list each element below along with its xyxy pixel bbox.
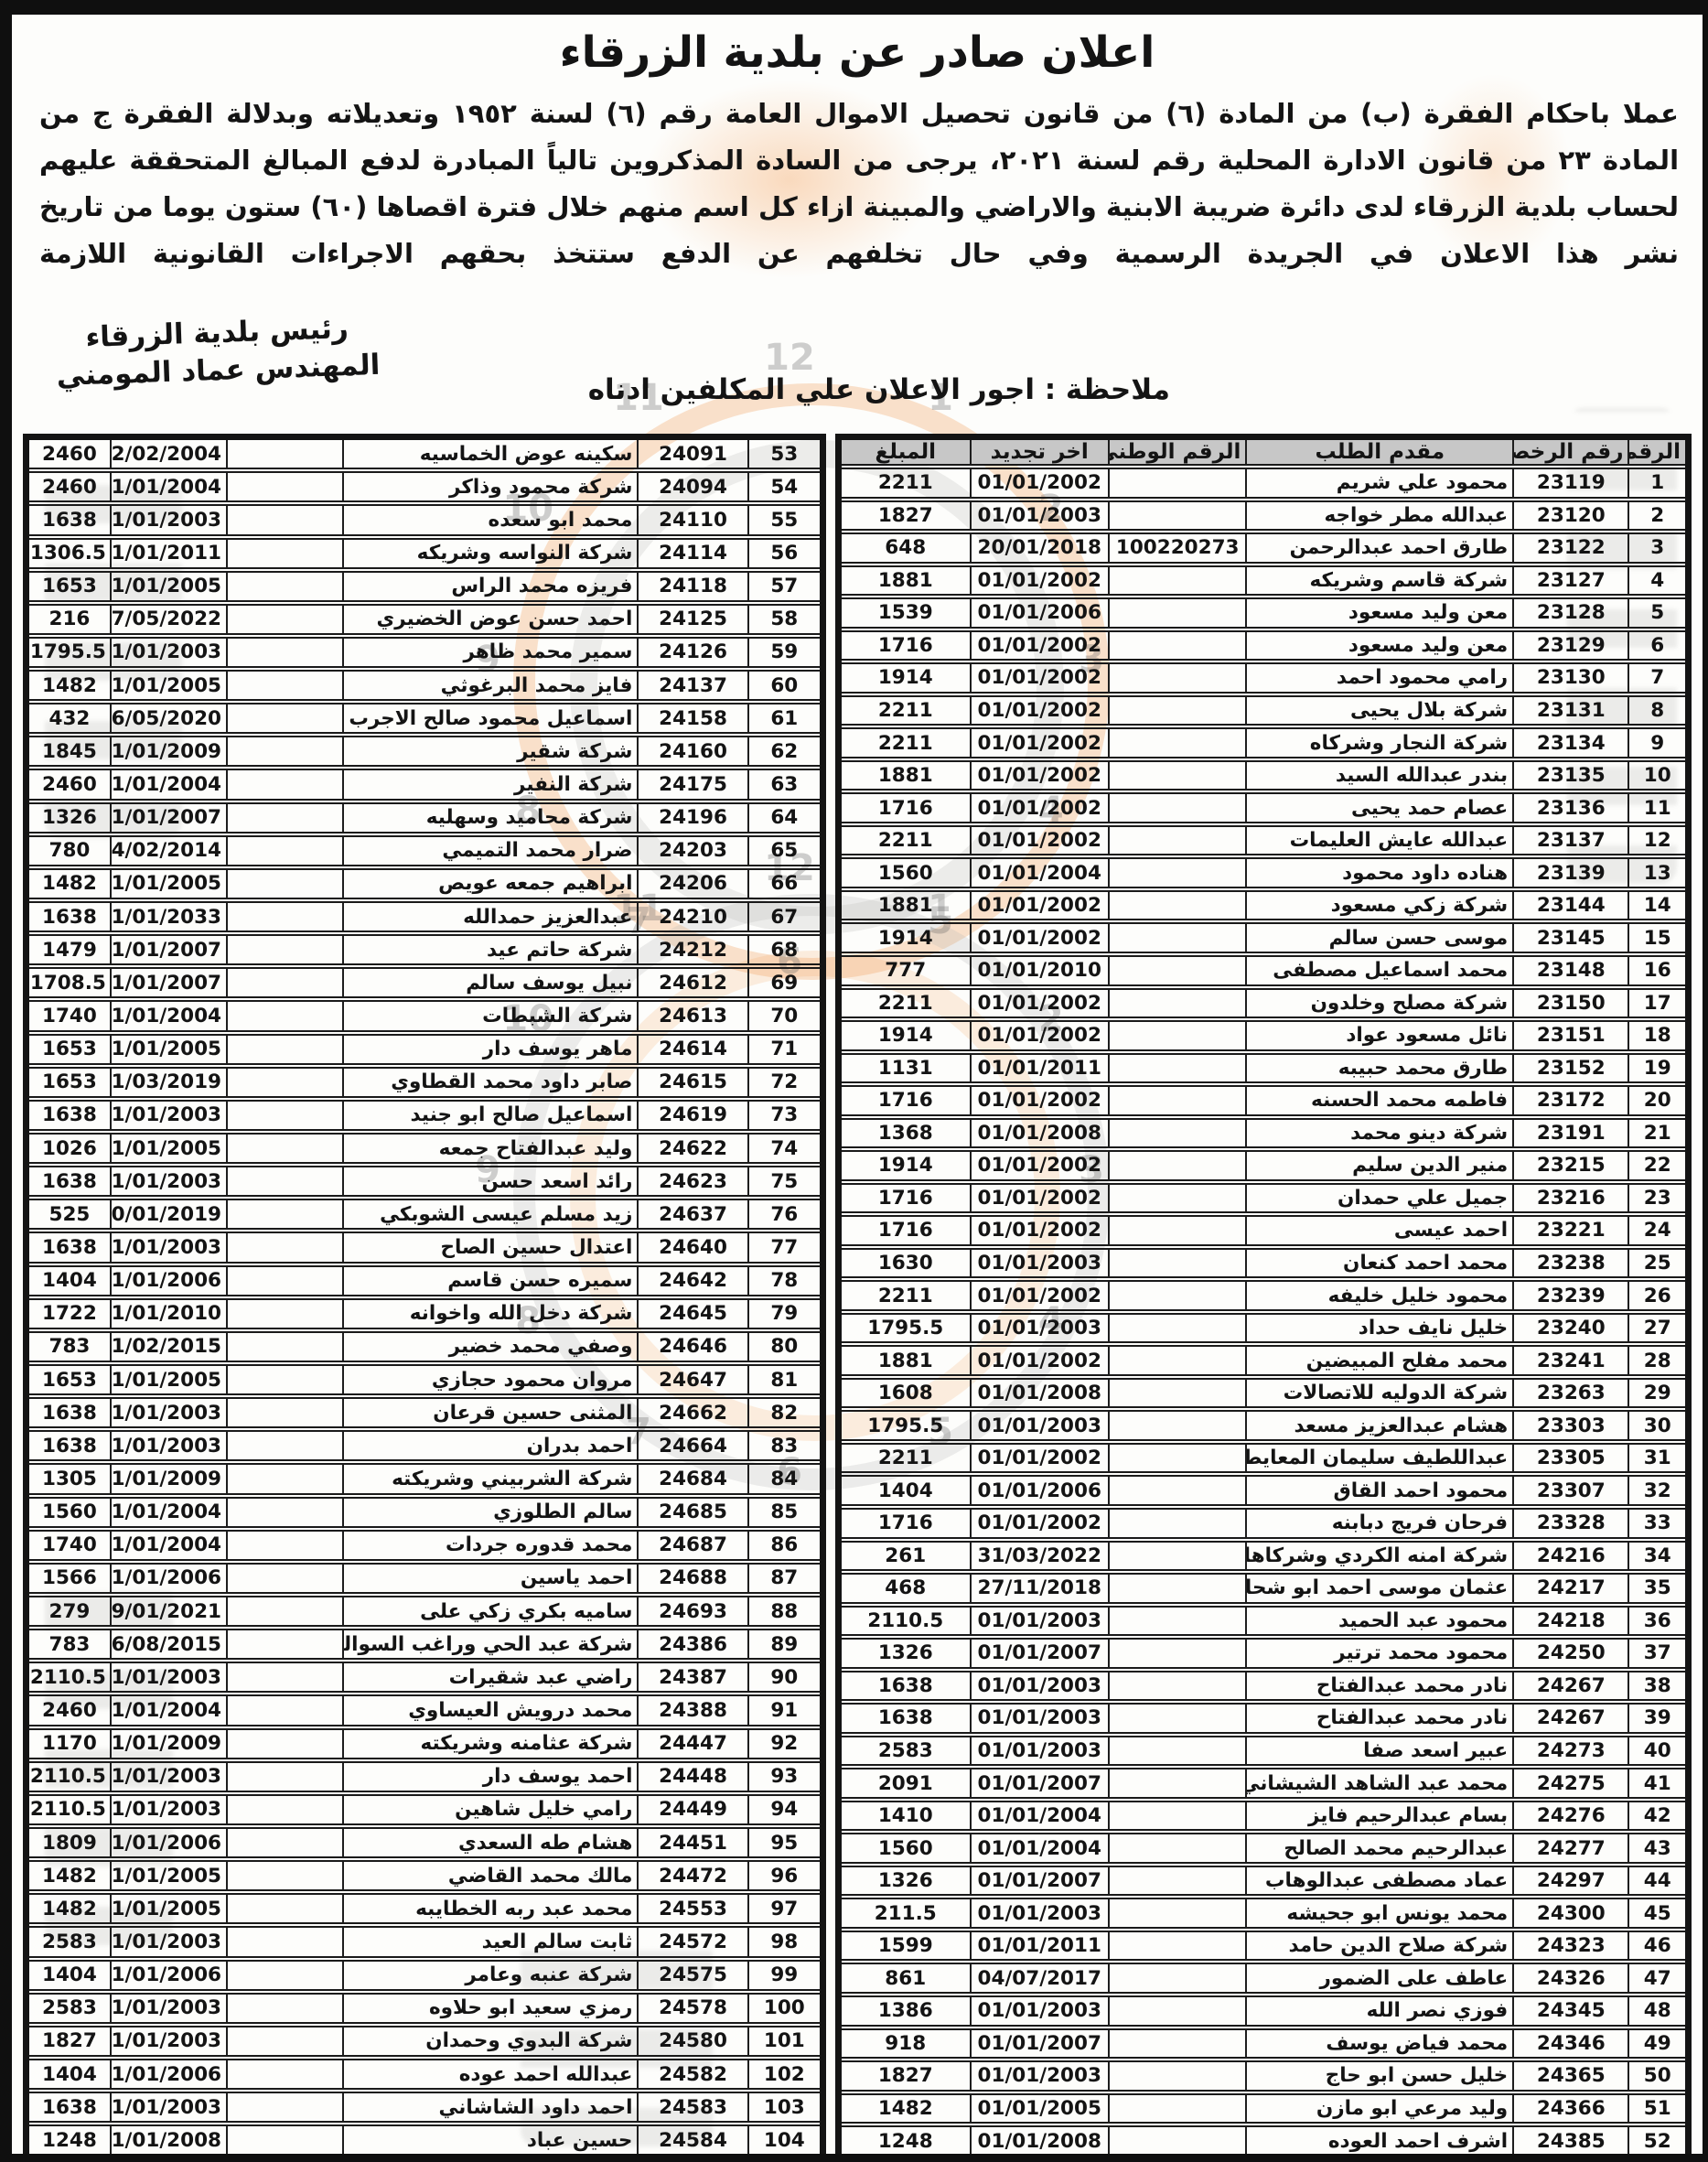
cell-applicant: عصام حمد يحيى — [1246, 791, 1513, 824]
cell-amount: 1653 — [27, 1066, 111, 1099]
cell-renewal: 01/01/2003 — [971, 1735, 1109, 1768]
cell-applicant: عبدالله احمد عوده — [343, 2058, 638, 2091]
cell-serial: 82 — [748, 1396, 823, 1429]
cell-applicant: محمد مفلح المبيضين — [1246, 1344, 1513, 1377]
cell-license: 24094 — [638, 470, 747, 503]
cell-renewal: 01/01/2002 — [971, 467, 1109, 500]
cell-license: 23145 — [1513, 921, 1628, 954]
table-row: 9324448احمد يوسف دار01/01/20032110.5 — [27, 1760, 823, 1793]
cell-national-id — [227, 1462, 343, 1495]
cell-national-id — [1109, 1214, 1247, 1247]
cell-renewal: 01/01/2007 — [111, 933, 227, 966]
cell-amount: 1326 — [27, 801, 111, 834]
cell-amount: 2091 — [838, 1767, 970, 1800]
cell-serial: 79 — [748, 1297, 823, 1330]
cell-amount: 468 — [838, 1572, 970, 1605]
cell-amount: 1248 — [27, 2124, 111, 2157]
cell-license: 24580 — [638, 2025, 747, 2058]
cell-amount: 1716 — [838, 791, 970, 824]
table-row: 2323216جميل علي حمدان01/01/20021716 — [838, 1182, 1688, 1215]
cell-national-id — [1109, 1474, 1247, 1507]
cell-amount: 1026 — [27, 1132, 111, 1165]
cell-amount: 2211 — [838, 726, 970, 759]
cell-applicant: سمير محمد ظاهر — [343, 636, 638, 669]
table-row: 1923152طارق محمد حبيبه01/01/20111131 — [838, 1052, 1688, 1085]
cell-national-id — [227, 2124, 343, 2157]
cell-applicant: نادر محمد عبدالفتاح — [1246, 1670, 1513, 1703]
cell-license: 24572 — [638, 1925, 747, 1958]
cell-applicant: محمد احمد كنعان — [1246, 1247, 1513, 1280]
table-row: 6624206ابراهيم جمعه عويص01/01/20051482 — [27, 867, 823, 900]
cell-renewal: 01/01/2003 — [111, 1661, 227, 1694]
cell-serial: 100 — [748, 1992, 823, 2025]
cell-license: 24125 — [638, 603, 747, 636]
cell-renewal: 01/01/2004 — [111, 470, 227, 503]
cell-renewal: 01/01/2002 — [971, 1149, 1109, 1182]
cell-national-id — [1109, 726, 1247, 759]
cell-applicant: وليد عبدالفتاح جمعه — [343, 1132, 638, 1165]
cell-national-id — [1109, 1377, 1247, 1410]
cell-serial: 44 — [1628, 1865, 1688, 1898]
table-row: 6424196شركة محاميد وسهليه01/01/20071326 — [27, 801, 823, 834]
cell-serial: 30 — [1628, 1409, 1688, 1442]
cell-national-id — [227, 2025, 343, 2058]
table-row: 8424684شركة الشربيني وشريكته01/01/200913… — [27, 1462, 823, 1495]
cell-amount: 1653 — [27, 570, 111, 603]
table-row: 2523238محمد احمد كنعان01/01/20031630 — [838, 1247, 1688, 1280]
cell-national-id — [1109, 1540, 1247, 1573]
cell-amount: 2211 — [838, 1442, 970, 1475]
table-row: 7024613شركة الشبطات01/01/20041740 — [27, 999, 823, 1032]
table-row: 5724118فريزه محمد الراس01/01/20051653 — [27, 570, 823, 603]
cell-serial: 47 — [1628, 1962, 1688, 1995]
cell-serial: 1 — [1628, 467, 1688, 500]
table-row: 7624637زيد مسلم عيسى الشوبكي30/01/201952… — [27, 1198, 823, 1231]
cell-serial: 59 — [748, 636, 823, 669]
cell-serial: 20 — [1628, 1084, 1688, 1117]
cell-serial: 78 — [748, 1264, 823, 1297]
cell-national-id — [227, 1595, 343, 1628]
cell-applicant: سالم الطلوزي — [343, 1496, 638, 1529]
cell-serial: 86 — [748, 1529, 823, 1562]
cell-amount: 783 — [27, 1628, 111, 1661]
cell-applicant: رامي محمود احمد — [1246, 662, 1513, 694]
table-row: 2223215منير الدين سليم01/01/20021914 — [838, 1149, 1688, 1182]
cell-serial: 37 — [1628, 1637, 1688, 1670]
cell-applicant: محمد عبد ربه الخطايبه — [343, 1892, 638, 1925]
announcement-body: عملا باحكام الفقرة (ب) من المادة (٦) من … — [12, 78, 1703, 277]
cell-applicant: محمود علي شريم — [1246, 467, 1513, 500]
table-row: 7224615صابر داود محمد القطاوي31/03/20191… — [27, 1066, 823, 1099]
cell-serial: 96 — [748, 1859, 823, 1892]
cell-national-id — [227, 1396, 343, 1429]
cell-serial: 54 — [748, 470, 823, 503]
cell-amount: 2211 — [838, 987, 970, 1020]
cell-national-id — [1109, 1409, 1247, 1442]
page: 123456789101112123456789101112 اعلان صاد… — [0, 0, 1708, 2162]
cell-applicant: شركة مصلح وخلدون — [1246, 987, 1513, 1020]
cell-national-id — [227, 437, 343, 471]
cell-amount: 1881 — [838, 1344, 970, 1377]
cell-serial: 92 — [748, 1727, 823, 1760]
cell-amount: 1404 — [27, 2058, 111, 2091]
table-row: 10424584حسين عباد01/01/20081248 — [27, 2124, 823, 2157]
cell-national-id — [1109, 2028, 1247, 2060]
cell-serial: 27 — [1628, 1312, 1688, 1345]
cell-national-id — [227, 1330, 343, 1363]
cell-renewal: 01/01/2004 — [971, 1800, 1109, 1833]
cell-renewal: 01/01/2007 — [111, 966, 227, 999]
cell-serial: 85 — [748, 1496, 823, 1529]
cell-serial: 45 — [1628, 1897, 1688, 1930]
cell-amount: 1404 — [838, 1474, 970, 1507]
cell-applicant: رائد اسعد حسن — [343, 1165, 638, 1198]
cell-license: 24685 — [638, 1496, 747, 1529]
table-row: 8524685سالم الطلوزي01/01/20041560 — [27, 1496, 823, 1529]
cell-serial: 97 — [748, 1892, 823, 1925]
cell-license: 24575 — [638, 1959, 747, 1992]
cell-renewal: 01/01/2002 — [971, 1214, 1109, 1247]
cell-license: 24323 — [1513, 1930, 1628, 1963]
cell-amount: 2110.5 — [838, 1605, 970, 1638]
cell-serial: 77 — [748, 1231, 823, 1264]
table-row: 5124366وليد مرعي ابو مازن01/01/20051482 — [838, 2092, 1688, 2125]
cell-renewal: 01/01/2004 — [111, 999, 227, 1032]
table-row: 1123136عصام حمد يحيى01/01/20021716 — [838, 791, 1688, 824]
cell-applicant: شركة صلاح الدين حامد — [1246, 1930, 1513, 1963]
cell-applicant: منير الدين سليم — [1246, 1149, 1513, 1182]
cell-amount: 1404 — [27, 1264, 111, 1297]
table-row: 3824267نادر محمد عبدالفتاح01/01/20031638 — [838, 1670, 1688, 1703]
cell-serial: 23 — [1628, 1182, 1688, 1215]
cell-renewal: 01/01/2009 — [111, 1727, 227, 1760]
cell-national-id — [1109, 565, 1247, 597]
cell-license: 23137 — [1513, 824, 1628, 857]
cell-license: 24640 — [638, 1231, 747, 1264]
cell-amount: 1248 — [838, 2124, 970, 2157]
cell-license: 24684 — [638, 1462, 747, 1495]
table-row: 3424216شركة امنه الكردي وشركاها31/03/202… — [838, 1540, 1688, 1573]
cell-amount: 279 — [27, 1595, 111, 1628]
table-row: 7524623رائد اسعد حسن01/01/20031638 — [27, 1165, 823, 1198]
table-row: 4424297عماد مصطفى عبدالوهاب01/01/2007132… — [838, 1865, 1688, 1898]
cell-renewal: 01/01/2008 — [111, 2124, 227, 2157]
cell-license: 23134 — [1513, 726, 1628, 759]
cell-license: 24267 — [1513, 1670, 1628, 1703]
cell-applicant: جميل علي حمدان — [1246, 1182, 1513, 1215]
cell-license: 24137 — [638, 669, 747, 702]
cell-license: 23241 — [1513, 1344, 1628, 1377]
cell-amount: 2110.5 — [27, 1793, 111, 1826]
cell-national-id — [227, 834, 343, 867]
cell-applicant: عبدالله عايش العليمات — [1246, 824, 1513, 857]
cell-license: 24622 — [638, 1132, 747, 1165]
table-row: 1423144شركة زكي مسعود01/01/20021881 — [838, 889, 1688, 922]
cell-amount: 1638 — [27, 1396, 111, 1429]
cell-applicant: راضي عبد شقيرات — [343, 1661, 638, 1694]
cell-applicant: محمد عبد الشاهد الشيشاني — [1246, 1767, 1513, 1800]
cell-renewal: 01/01/2003 — [971, 1702, 1109, 1735]
cell-license: 23216 — [1513, 1182, 1628, 1215]
cell-renewal: 01/01/2002 — [971, 565, 1109, 597]
cell-license: 24250 — [1513, 1637, 1628, 1670]
cell-amount: 1809 — [27, 1826, 111, 1859]
table-row: 5324091سكينه عوض الخماسيه12/02/20042460 — [27, 437, 823, 471]
cell-serial: 62 — [748, 735, 823, 768]
cell-serial: 64 — [748, 801, 823, 834]
cell-applicant: رامي خليل شاهين — [343, 1793, 638, 1826]
cell-serial: 5 — [1628, 597, 1688, 629]
cell-serial: 7 — [1628, 662, 1688, 694]
cell-applicant: شركة عثامنه وشريكته — [343, 1727, 638, 1760]
cell-applicant: بندر عبدالله السيد — [1246, 759, 1513, 792]
cell-national-id — [1109, 1962, 1247, 1995]
table-row: 1023135بندر عبدالله السيد01/01/20021881 — [838, 759, 1688, 792]
cell-amount: 1608 — [838, 1377, 970, 1410]
cell-license: 24619 — [638, 1099, 747, 1132]
cell-amount: 1539 — [838, 597, 970, 629]
cell-applicant: معن وليد مسعود — [1246, 597, 1513, 629]
cell-serial: 80 — [748, 1330, 823, 1363]
cell-renewal: 30/01/2019 — [111, 1198, 227, 1231]
cell-serial: 32 — [1628, 1474, 1688, 1507]
table-row: 8924386شركة عبد الحي وراغب السوالمه26/08… — [27, 1628, 823, 1661]
cell-applicant: محمد فياض يوسف — [1246, 2028, 1513, 2060]
cell-applicant: زيد مسلم عيسى الشوبكي — [343, 1198, 638, 1231]
cell-renewal: 01/01/2004 — [111, 1496, 227, 1529]
cell-amount: 1560 — [27, 1496, 111, 1529]
cell-license: 24345 — [1513, 1995, 1628, 2028]
cell-renewal: 01/01/2003 — [971, 2060, 1109, 2092]
cell-license: 24387 — [638, 1661, 747, 1694]
table-row: 523128معن وليد مسعود01/01/20061539 — [838, 597, 1688, 629]
cell-renewal: 01/01/2003 — [971, 1897, 1109, 1930]
cell-license: 24613 — [638, 999, 747, 1032]
cell-applicant: موسى حسن سالم — [1246, 921, 1513, 954]
cell-license: 23150 — [1513, 987, 1628, 1020]
cell-applicant: شركة قاسم وشريكه — [1246, 565, 1513, 597]
cell-applicant: محمود محمد ترتير — [1246, 1637, 1513, 1670]
table-row: 423127شركة قاسم وشريكه01/01/20021881 — [838, 565, 1688, 597]
cell-amount: 1914 — [838, 921, 970, 954]
table-row: 4724326عاطف على الضمور04/07/2017861 — [838, 1962, 1688, 1995]
cell-applicant: ماهر يوسف دار — [343, 1033, 638, 1066]
cell-national-id — [1109, 759, 1247, 792]
cell-renewal: 01/01/2003 — [971, 500, 1109, 532]
cell-serial: 63 — [748, 768, 823, 801]
table-row: 9924575شركة عنبه وعامر01/01/20061404 — [27, 1959, 823, 1992]
tables-region: الرقمرقم الرخصةمقدم الطلبالرقم الوطني ما… — [12, 434, 1703, 2161]
cell-applicant: شركة النواسه وشريكه — [343, 537, 638, 570]
cell-serial: 76 — [748, 1198, 823, 1231]
cell-amount: 2460 — [27, 470, 111, 503]
cell-serial: 84 — [748, 1462, 823, 1495]
cell-renewal: 09/01/2021 — [111, 1595, 227, 1628]
table-row: 623129معن وليد مسعود01/01/20021716 — [838, 629, 1688, 662]
cell-license: 24346 — [1513, 2028, 1628, 2060]
table-row: 3023303هشام عبدالعزيز مسعد01/01/20031795… — [838, 1409, 1688, 1442]
cell-amount: 1795.5 — [838, 1312, 970, 1345]
cell-license: 24276 — [1513, 1800, 1628, 1833]
table-row: 10024578رمزي سعيد ابو حلاوه01/01/2003258… — [27, 1992, 823, 2025]
cell-applicant: نبيل يوسف سالم — [343, 966, 638, 999]
cell-renewal: 01/01/2007 — [971, 1637, 1109, 1670]
cell-amount: 1827 — [838, 500, 970, 532]
cell-amount: 1653 — [27, 1033, 111, 1066]
table-row: 5924126سمير محمد ظاهر01/01/20031795.5 — [27, 636, 823, 669]
cell-applicant: بسام عبدالرحيم فايز — [1246, 1800, 1513, 1833]
cell-national-id — [1109, 1930, 1247, 1963]
table-row: 2423221احمد عيسى01/01/20021716 — [838, 1214, 1688, 1247]
cell-serial: 2 — [1628, 500, 1688, 532]
cell-serial: 69 — [748, 966, 823, 999]
cell-renewal: 01/01/2006 — [111, 1562, 227, 1595]
cell-amount: 1482 — [838, 2092, 970, 2125]
cell-renewal: 01/01/2004 — [111, 1529, 227, 1562]
cell-amount: 1653 — [27, 1363, 111, 1396]
cell-renewal: 01/01/2008 — [971, 2124, 1109, 2157]
cell-national-id — [227, 1099, 343, 1132]
cell-renewal: 01/01/2003 — [971, 1605, 1109, 1638]
cell-license: 24645 — [638, 1297, 747, 1330]
table-row: 3123305عبداللطيف سليمان المعايطه01/01/20… — [838, 1442, 1688, 1475]
cell-applicant: فريزه محمد الراس — [343, 570, 638, 603]
cell-national-id — [1109, 889, 1247, 922]
cell-renewal: 01/01/2005 — [111, 1132, 227, 1165]
table-row: 3223307محمود احمد القاق01/01/20061404 — [838, 1474, 1688, 1507]
cell-national-id — [227, 999, 343, 1032]
cell-amount: 1914 — [838, 662, 970, 694]
cell-renewal: 01/01/2006 — [111, 1826, 227, 1859]
cell-amount: 1479 — [27, 933, 111, 966]
cell-renewal: 01/01/2009 — [111, 1462, 227, 1495]
table-row: 6224160شركة شقير01/01/20091845 — [27, 735, 823, 768]
cell-serial: 46 — [1628, 1930, 1688, 1963]
cell-license: 23119 — [1513, 467, 1628, 500]
cell-national-id — [1109, 1670, 1247, 1703]
cell-renewal: 27/11/2018 — [971, 1572, 1109, 1605]
cell-license: 23221 — [1513, 1214, 1628, 1247]
cell-applicant: اشرف احمد العوده — [1246, 2124, 1513, 2157]
cell-amount: 261 — [838, 1540, 970, 1573]
cell-license: 24612 — [638, 966, 747, 999]
table-row: 9524451هشام طه السعدي01/01/20061809 — [27, 1826, 823, 1859]
cell-license: 24584 — [638, 2124, 747, 2157]
cell-amount: 1914 — [838, 1019, 970, 1052]
cell-national-id — [1109, 954, 1247, 987]
table-row: 8624687محمد قدوره جردات01/01/20041740 — [27, 1529, 823, 1562]
cell-national-id — [1109, 1182, 1247, 1215]
cell-national-id — [1109, 1800, 1247, 1833]
cell-applicant: شركة دينو محمد — [1246, 1117, 1513, 1150]
cell-applicant: شركة النجار وشركاه — [1246, 726, 1513, 759]
cell-amount: 1716 — [838, 1214, 970, 1247]
cell-amount: 1716 — [838, 1507, 970, 1540]
cell-license: 24449 — [638, 1793, 747, 1826]
cell-national-id — [1109, 2060, 1247, 2092]
cell-national-id — [227, 1066, 343, 1099]
cell-amount: 1482 — [27, 669, 111, 702]
cell-applicant: احمد بدران — [343, 1429, 638, 1462]
cell-applicant: خليل نايف حداد — [1246, 1312, 1513, 1345]
cell-national-id — [227, 2091, 343, 2124]
cell-applicant: فاطمه محمد الحسنه — [1246, 1084, 1513, 1117]
cell-amount: 1740 — [27, 999, 111, 1032]
table-body: 5324091سكينه عوض الخماسيه12/02/200424605… — [27, 437, 823, 2158]
cell-license: 23135 — [1513, 759, 1628, 792]
cell-serial: 68 — [748, 933, 823, 966]
cell-renewal: 01/01/2007 — [971, 1865, 1109, 1898]
cell-license: 23307 — [1513, 1474, 1628, 1507]
cell-applicant: ضرار محمد التميمي — [343, 834, 638, 867]
table-row: 9124388محمد درويش العيساوي01/01/20042460 — [27, 1694, 823, 1726]
cell-national-id — [1109, 1735, 1247, 1768]
cell-serial: 99 — [748, 1959, 823, 1992]
table-row: 823131شركة بلال يحيى01/01/20022211 — [838, 694, 1688, 727]
cell-applicant: شركة النفير — [343, 768, 638, 801]
cell-national-id — [1109, 856, 1247, 889]
cell-serial: 89 — [748, 1628, 823, 1661]
licenses-table-left: 5324091سكينه عوض الخماسيه12/02/200424605… — [23, 434, 826, 2161]
cell-national-id — [227, 636, 343, 669]
cell-national-id — [1109, 1052, 1247, 1085]
cell-applicant: فايز محمد البرغوثي — [343, 669, 638, 702]
table-row: 223120عبدالله مطر خواجه01/01/20031827 — [838, 500, 1688, 532]
cell-license: 24275 — [1513, 1767, 1628, 1800]
cell-applicant: هناده داود محمود — [1246, 856, 1513, 889]
page-title: اعلان صادر عن بلدية الزرقاء — [12, 15, 1703, 78]
cell-applicant: طارق احمد عبدالرحمن — [1246, 532, 1513, 565]
cell-license: 24388 — [638, 1694, 747, 1726]
cell-renewal: 01/01/2005 — [111, 570, 227, 603]
table-row: 3624218محمود عبد الحميد01/01/20032110.5 — [838, 1605, 1688, 1638]
cell-renewal: 26/08/2015 — [111, 1628, 227, 1661]
cell-serial: 50 — [1628, 2060, 1688, 2092]
table-row: 6924612نبيل يوسف سالم01/01/20071708.5 — [27, 966, 823, 999]
table-row: 3323328فرحان فريج دبابنه01/01/20021716 — [838, 1507, 1688, 1540]
cell-applicant: احمد عيسى — [1246, 1214, 1513, 1247]
cell-license: 24662 — [638, 1396, 747, 1429]
cell-amount: 1722 — [27, 1297, 111, 1330]
table-row: 4624323شركة صلاح الدين حامد01/01/2011159… — [838, 1930, 1688, 1963]
cell-serial: 73 — [748, 1099, 823, 1132]
cell-serial: 88 — [748, 1595, 823, 1628]
cell-national-id — [1109, 662, 1247, 694]
cell-applicant: شركة بلال يحيى — [1246, 694, 1513, 727]
cell-national-id — [227, 1496, 343, 1529]
cell-renewal: 01/01/2002 — [971, 824, 1109, 857]
cell-license: 24615 — [638, 1066, 747, 1099]
cell-license: 24385 — [1513, 2124, 1628, 2157]
cell-national-id — [1109, 1279, 1247, 1312]
table-row: 9724553محمد عبد ربه الخطايبه01/01/200514… — [27, 1892, 823, 1925]
cell-license: 23129 — [1513, 629, 1628, 662]
cell-applicant: شركة الشربيني وشريكته — [343, 1462, 638, 1495]
cell-license: 24688 — [638, 1562, 747, 1595]
cell-serial: 103 — [748, 2091, 823, 2124]
cell-serial: 57 — [748, 570, 823, 603]
cell-license: 24277 — [1513, 1832, 1628, 1865]
cell-applicant: محمد ابو سعده — [343, 503, 638, 536]
table-row: 1623148محمد اسماعيل مصطفى01/01/2010777 — [838, 954, 1688, 987]
cell-amount: 432 — [27, 702, 111, 735]
cell-applicant: خليل حسن ابو حاج — [1246, 2060, 1513, 2092]
cell-license: 23305 — [1513, 1442, 1628, 1475]
cell-applicant: شركة البدوي وحمدان — [343, 2025, 638, 2058]
cell-renewal: 01/01/2003 — [111, 1760, 227, 1793]
col-header-amount: المبلغ — [838, 437, 970, 468]
cell-applicant: شركة عبد الحي وراغب السوالمه — [343, 1628, 638, 1661]
